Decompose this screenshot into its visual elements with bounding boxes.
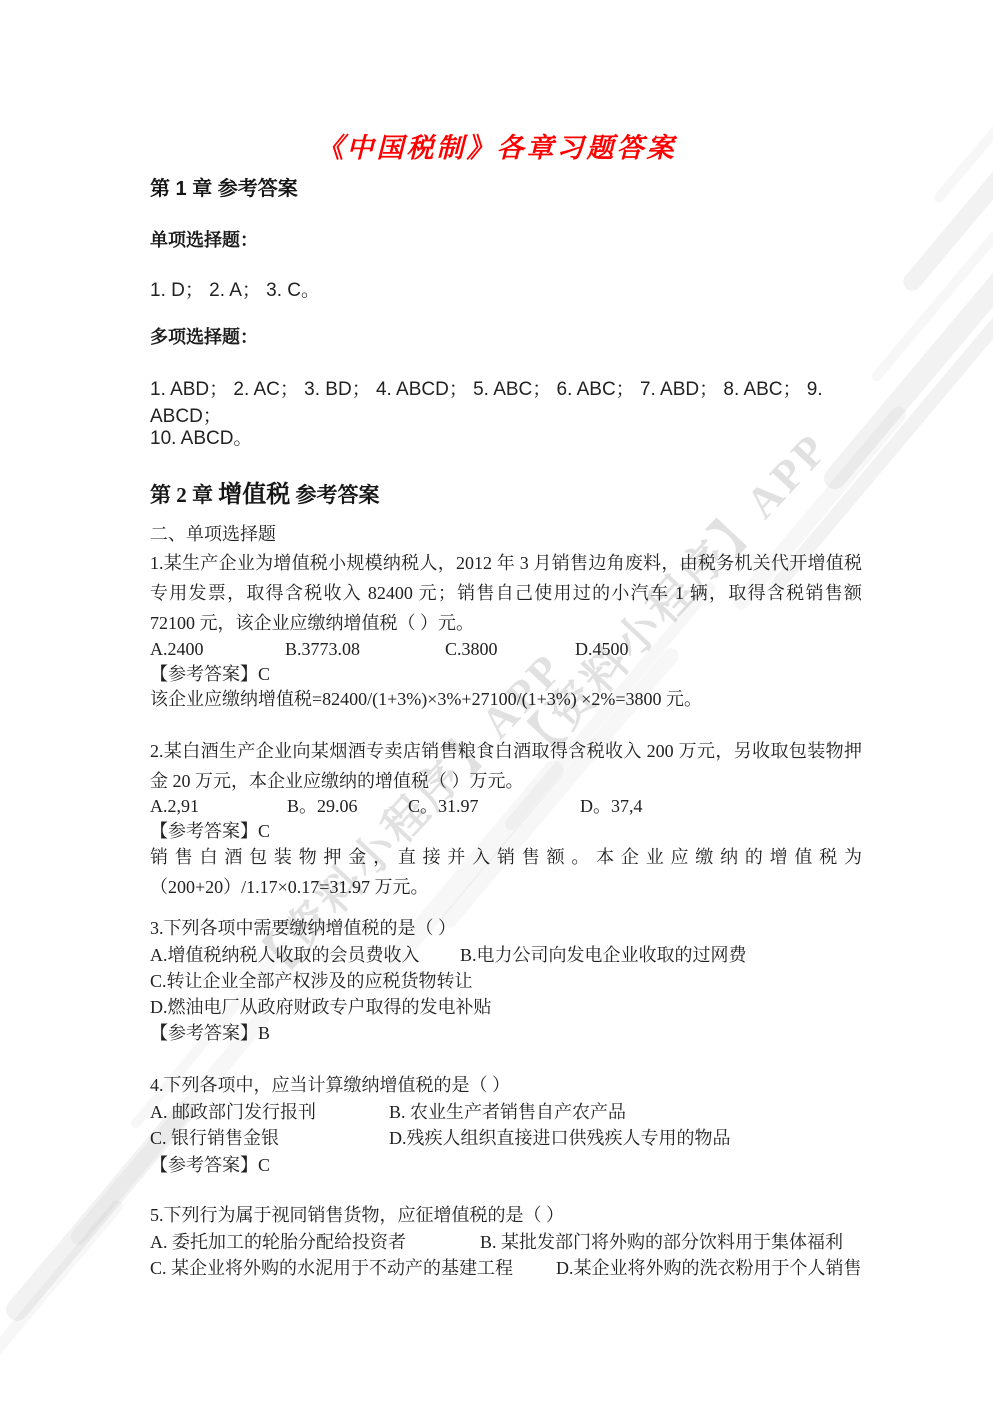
option-d: D.燃油电厂从政府财政专户取得的发电补贴 <box>150 994 862 1020</box>
option-b: B.电力公司向发电企业收取的过网费 <box>460 942 747 968</box>
chapter2-heading-prefix: 第 2 章 <box>150 483 218 507</box>
question-3-stem: 3.下列各项中需要缴纳增值税的是（ ） <box>150 915 862 941</box>
option-c: C.3800 <box>445 636 575 662</box>
question-4-answer: 【参考答案】C <box>150 1152 862 1178</box>
option-c: C.转让企业全部产权涉及的应税货物转让 <box>150 968 862 994</box>
option-a: A.2,91 <box>150 793 287 819</box>
question-1-stem: 1.某生产企业为增值税小规模纳税人，2012 年 3 月销售边角废料，由税务机关… <box>150 548 862 638</box>
single-choice-answers: 1. D； 2. A； 3. C。 <box>150 275 862 302</box>
question-3-options-row1: A.增值税纳税人收取的会员费收入 B.电力公司向发电企业收取的过网费 <box>150 942 862 968</box>
question-5-options-row1: A. 委托加工的轮胎分配给投资者 B. 某批发部门将外购的部分饮料用于集体福利 <box>150 1229 862 1255</box>
chapter1-heading: 第 1 章 参考答案 <box>150 172 862 201</box>
chapter2-heading-tax: 增值税 <box>218 481 290 508</box>
option-c: C。31.97 <box>408 793 580 819</box>
question-2-stem: 2.某白酒生产企业向某烟酒专卖店销售粮食白酒取得含税收入 200 万元，另收取包… <box>150 736 862 796</box>
single-choice-label: 单项选择题： <box>150 226 862 252</box>
question-1-explanation: 该企业应缴纳增值税=82400/(1+3%)×3%+27100/(1+3%) ×… <box>150 686 862 712</box>
question-1-options: A.2400 B.3773.08 C.3800 D.4500 <box>150 636 862 662</box>
option-a: A.增值税纳税人收取的会员费收入 <box>150 942 460 968</box>
question-4-options-row1: A. 邮政部门发行报刊 B. 农业生产者销售自产农产品 <box>150 1099 862 1125</box>
question-4-options-row2: C. 银行销售金银 D.残疾人组织直接进口供残疾人专用的物品 <box>150 1125 862 1151</box>
option-b: B.3773.08 <box>285 636 445 662</box>
question-3-answer: 【参考答案】B <box>150 1020 862 1046</box>
option-d: D。37,4 <box>580 793 643 819</box>
multi-choice-answers-line1: 1. ABD； 2. AC； 3. BD； 4. ABCD； 5. ABC； 6… <box>150 374 862 428</box>
option-b: B。29.06 <box>287 793 408 819</box>
option-c: C. 某企业将外购的水泥用于不动产的基建工程 <box>150 1255 556 1281</box>
question-2-explanation: 销售白酒包装物押金，直接并入销售额。本企业应缴纳的增值税为（200+20）/1.… <box>150 842 862 902</box>
option-a: A. 委托加工的轮胎分配给投资者 <box>150 1229 480 1255</box>
question-2-options: A.2,91 B。29.06 C。31.97 D。37,4 <box>150 793 862 819</box>
question-2-answer: 【参考答案】C <box>150 818 862 844</box>
section-label: 二、单项选择题 <box>150 521 862 547</box>
option-b: B. 某批发部门将外购的部分饮料用于集体福利 <box>480 1229 843 1255</box>
option-d: D.某企业将外购的洗衣粉用于个人销售 <box>556 1255 862 1281</box>
chapter2-heading: 第 2 章 增值税 参考答案 <box>150 474 862 509</box>
question-1-answer: 【参考答案】C <box>150 661 862 687</box>
option-d: D.残疾人组织直接进口供残疾人专用的物品 <box>389 1125 731 1151</box>
document-content: 《中国税制》各章习题答案 第 1 章 参考答案 单项选择题： 1. D； 2. … <box>0 0 993 1404</box>
option-b: B. 农业生产者销售自产农产品 <box>389 1099 626 1125</box>
option-d: D.4500 <box>575 636 629 662</box>
question-4-stem: 4.下列各项中，应当计算缴纳增值税的是（ ） <box>150 1072 862 1098</box>
document-title: 《中国税制》各章习题答案 <box>0 126 993 165</box>
option-a: A. 邮政部门发行报刊 <box>150 1099 389 1125</box>
multi-choice-answers-line2: 10. ABCD。 <box>150 423 862 450</box>
chapter2-heading-suffix: 参考答案 <box>290 483 379 507</box>
option-c: C. 银行销售金银 <box>150 1125 389 1151</box>
option-a: A.2400 <box>150 636 285 662</box>
document-page: 【资料小程序】APP 【资料小程序】APP 《中国税制》各章习题答案 第 1 章… <box>0 0 993 1404</box>
question-5-options-row2: C. 某企业将外购的水泥用于不动产的基建工程 D.某企业将外购的洗衣粉用于个人销… <box>150 1255 862 1281</box>
multi-choice-label: 多项选择题： <box>150 323 862 349</box>
question-5-stem: 5.下列行为属于视同销售货物，应征增值税的是（ ） <box>150 1202 862 1228</box>
